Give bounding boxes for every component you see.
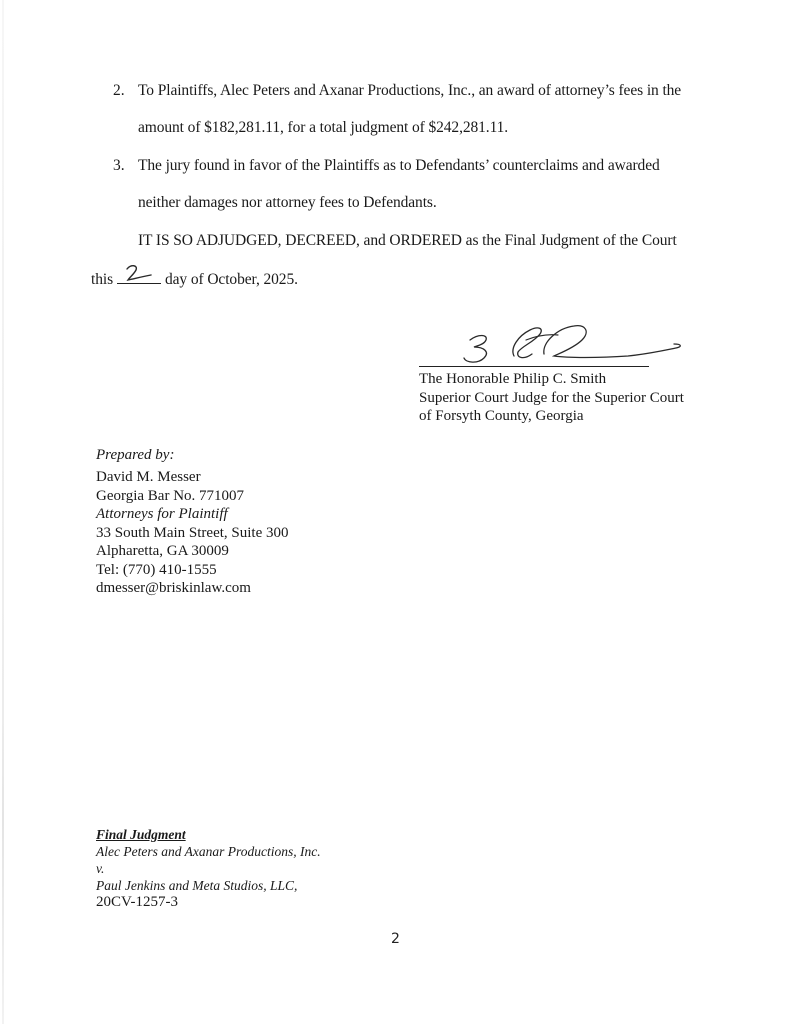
judge-title-line-1: Superior Court Judge for the Superior Co… [419, 389, 684, 408]
judge-signature-block: The Honorable Philip C. Smith Superior C… [419, 370, 684, 426]
caption-title: Final Judgment [96, 826, 321, 843]
paragraph-2-line-2: amount of $182,281.11, for a total judgm… [138, 119, 508, 137]
paragraph-2-line-1: To Plaintiffs, Alec Peters and Axanar Pr… [138, 82, 681, 100]
attorney-role: Attorneys for Plaintiff [96, 505, 289, 524]
prepared-by-label: Prepared by: [96, 446, 174, 465]
order-statement: IT IS SO ADJUDGED, DECREED, and ORDERED … [138, 232, 677, 250]
paragraph-3-number: 3. [113, 157, 125, 175]
order-date-line: thisday of October, 2025. [91, 269, 298, 289]
bar-number: Georgia Bar No. 771007 [96, 487, 289, 506]
signature-line [419, 366, 649, 367]
address-line-1: 33 South Main Street, Suite 300 [96, 524, 289, 543]
handwritten-day-glyph [123, 263, 155, 283]
order-date-suffix: day of October, 2025. [165, 271, 298, 288]
scan-edge [2, 0, 4, 1024]
caption-versus: v. [96, 860, 321, 877]
case-caption: Final Judgment Alec Peters and Axanar Pr… [96, 826, 321, 911]
prepared-by-block: David M. Messer Georgia Bar No. 771007 A… [96, 468, 289, 598]
paragraph-3-line-1: The jury found in favor of the Plaintiff… [138, 157, 660, 175]
paragraph-3-line-2: neither damages nor attorney fees to Def… [138, 194, 437, 212]
judge-signature [418, 318, 698, 370]
caption-plaintiffs: Alec Peters and Axanar Productions, Inc. [96, 843, 321, 860]
phone: Tel: (770) 410-1555 [96, 561, 289, 580]
email: dmesser@briskinlaw.com [96, 579, 289, 598]
paragraph-2-number: 2. [113, 82, 125, 100]
page-number: 2 [0, 931, 791, 947]
attorney-name: David M. Messer [96, 468, 289, 487]
address-line-2: Alpharetta, GA 30009 [96, 542, 289, 561]
judge-name: The Honorable Philip C. Smith [419, 370, 684, 389]
order-date-prefix: this [91, 271, 113, 288]
case-number: 20CV-1257-3 [96, 894, 321, 911]
handwritten-day-field [117, 269, 161, 284]
caption-defendants: Paul Jenkins and Meta Studios, LLC, [96, 877, 321, 894]
judge-title-line-2: of Forsyth County, Georgia [419, 407, 684, 426]
